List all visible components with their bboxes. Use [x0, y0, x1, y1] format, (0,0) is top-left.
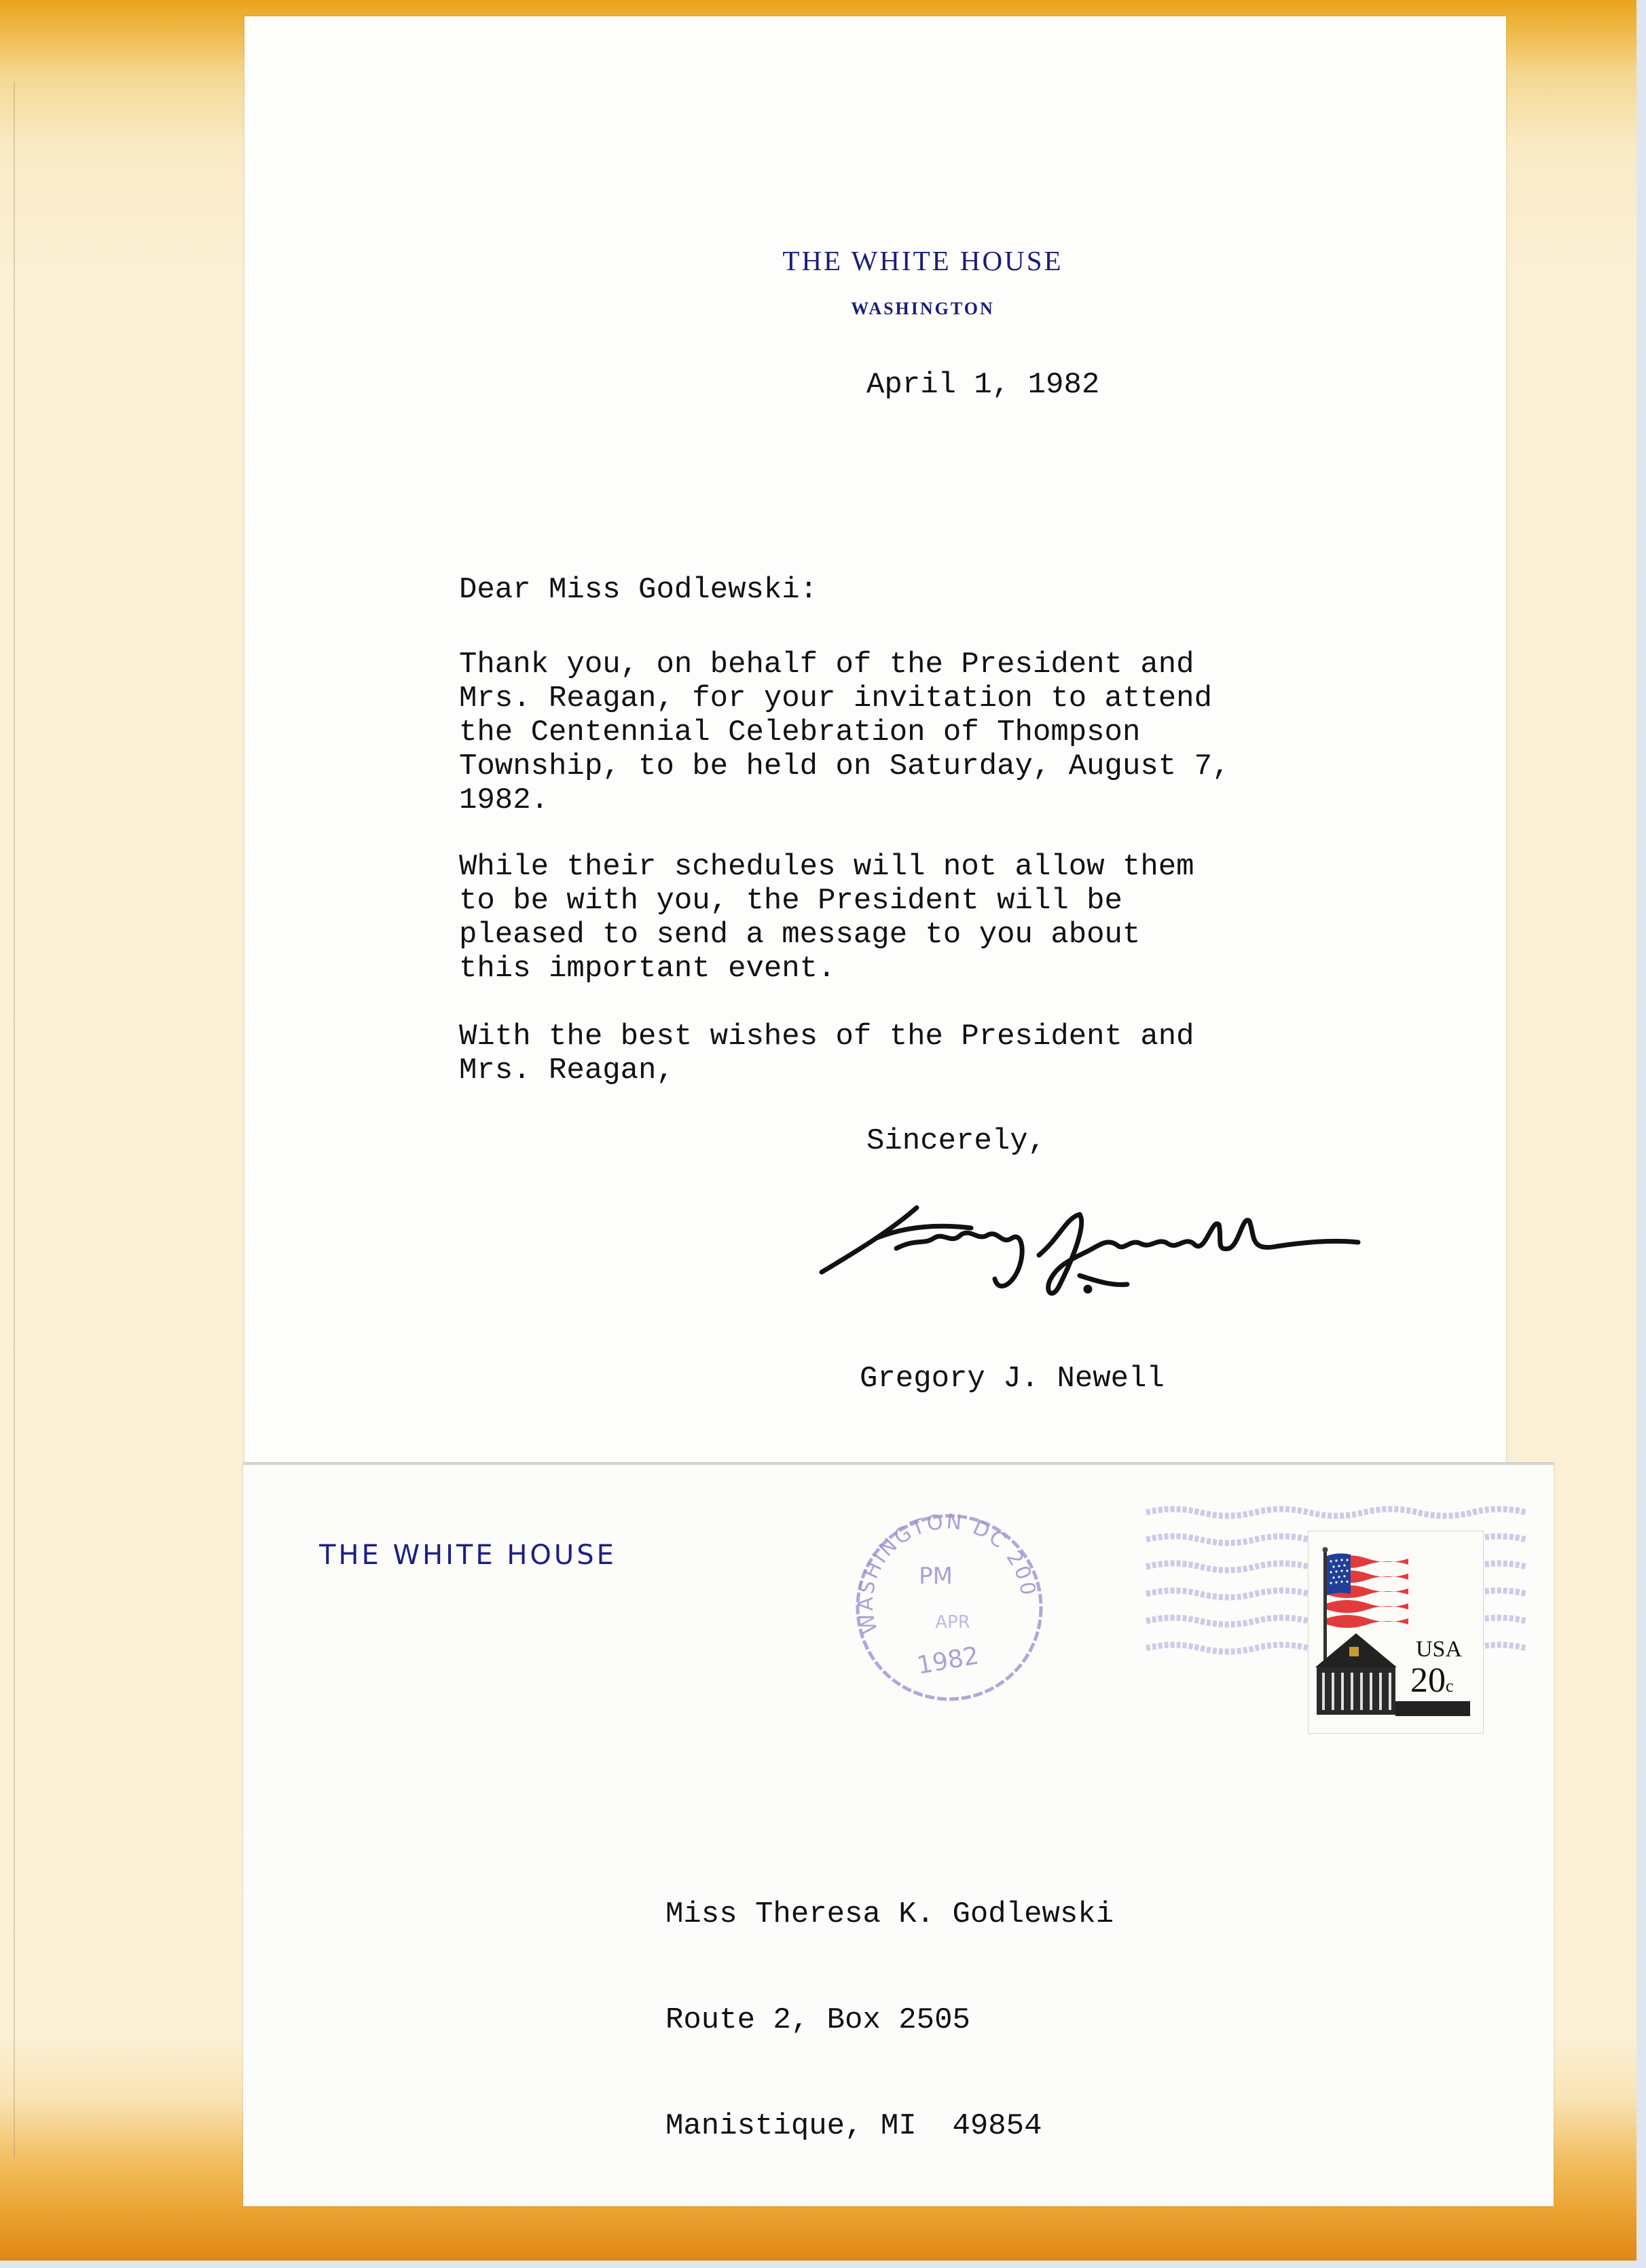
letterhead-subtitle: WASHINGTON	[292, 299, 1554, 319]
postage-stamp: USA 20c	[1308, 1531, 1484, 1734]
circular-postmark-icon: WASHINGTON DC 200 PM APR 1982	[851, 1509, 1048, 1706]
stamp-value-unit: c	[1446, 1676, 1454, 1696]
recipient-city-state-zip: Manistique, MI 49854	[665, 2108, 1114, 2144]
recipient-address: Miss Theresa K. Godlewski Route 2, Box 2…	[665, 1826, 1114, 2214]
letter-paragraph: With the best wishes of the President an…	[459, 1020, 1194, 1087]
stamp-value: 20c	[1410, 1660, 1454, 1700]
postmark-time: PM	[919, 1563, 953, 1590]
recipient-name: Miss Theresa K. Godlewski	[665, 1897, 1114, 1932]
letter-closing: Sincerely,	[866, 1124, 1046, 1158]
postmark-month: APR	[935, 1612, 970, 1633]
stamp-country: USA	[1416, 1637, 1462, 1662]
postmark-year: 1982	[915, 1642, 981, 1680]
signer-name: Gregory J. Newell	[860, 1362, 1165, 1396]
stamp-value-number: 20	[1410, 1661, 1446, 1700]
recipient-street: Route 2, Box 2505	[665, 2003, 1114, 2038]
letterhead-title: THE WHITE HOUSE	[292, 244, 1554, 277]
letter-date: April 1, 1982	[866, 368, 1099, 402]
letter-paragraph: Thank you, on behalf of the President an…	[459, 648, 1230, 817]
letter-sheet: THE WHITE HOUSE WASHINGTON April 1, 1982…	[244, 16, 1506, 1496]
flag-over-supreme-court-stamp-icon	[1309, 1531, 1483, 1733]
letter-salutation: Dear Miss Godlewski:	[459, 573, 818, 607]
envelope-return-address: THE WHITE HOUSE	[319, 1540, 617, 1571]
letter-paragraph: While their schedules will not allow the…	[459, 850, 1194, 986]
envelope: THE WHITE HOUSE WASHINGTON DC 200 PM APR…	[243, 1463, 1554, 2206]
mat-fold-line	[14, 81, 15, 2159]
